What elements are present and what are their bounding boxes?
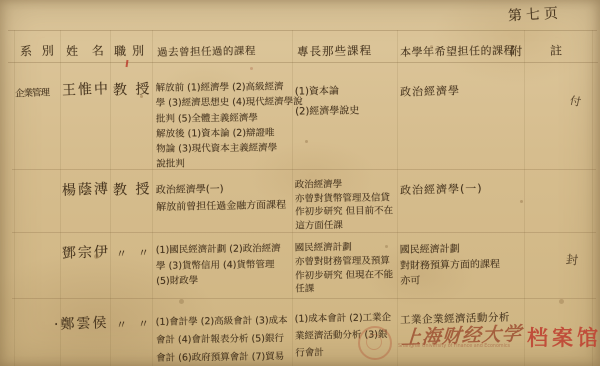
cell-note-mark: 封 (565, 250, 579, 268)
cell-note-mark: 付 (568, 92, 582, 110)
cell-past-courses: 解放前 (1)經濟學 (2)高級經濟 學 (3)經濟思想史 (4)現代經濟學說 … (156, 79, 304, 172)
cell-specialty-courses: 國民經濟計劃 亦曾對財務管理及預算 作初步研究 但現在不能 任課 (295, 240, 394, 297)
paper-stains (140, 95, 143, 98)
table-rule-v (110, 30, 111, 366)
archive-seal-inner-icon (366, 334, 382, 350)
column-header-dept: 系 別 (20, 42, 57, 60)
cell-past-courses: (1)國民經濟計劃 (2)政治經濟 學 (3)貨幣信用 (4)貨幣管理 (5)財… (156, 241, 282, 289)
table-rule-v (592, 30, 593, 366)
table-rule-v (60, 30, 61, 366)
watermark-university-name-en: Shanghai University of Finance and Econo… (398, 343, 510, 349)
column-header-past-courses: 過去曾担任過的課程 (157, 43, 256, 60)
cell-title: 〃 〃 (116, 316, 150, 332)
table-rule-v (14, 30, 15, 366)
red-check-mark (126, 60, 129, 67)
cell-specialty-courses: (1)資本論 (2)經濟學說史 (295, 81, 360, 122)
cell-hoped-courses: 國民經濟計劃 對財務預算方面的課程 亦可 (400, 241, 501, 289)
column-header-hoped-courses: 本學年希望担任的課程 (400, 42, 515, 60)
cell-hoped-courses: 政治經濟學(一) (400, 181, 483, 198)
cell-name: 王惟中 (62, 82, 110, 99)
table-rule-h (12, 169, 596, 170)
table-rule-v (397, 30, 398, 366)
cell-title: 教 授 (113, 82, 152, 98)
column-header-title: 職別 (114, 42, 150, 60)
column-header-specialty-courses: 專長那些課程 (297, 42, 372, 59)
cell-name: 鄧宗伊 (62, 245, 110, 262)
cell-past-courses: 政治經濟學(一) 解放前曾担任過金融方面課程 (156, 180, 287, 216)
cell-title: 〃 〃 (116, 245, 150, 261)
column-header-note: 附 註 (510, 41, 570, 59)
page-number: 第七页 (508, 7, 563, 25)
archive-seal-icon (358, 326, 392, 360)
cell-hoped-courses: 政治經濟學 (400, 83, 460, 100)
watermark-archive-label: 档案馆 (527, 322, 600, 352)
cell-name: ·鄭雲侯 (54, 316, 109, 333)
cell-title: 教 授 (113, 182, 152, 198)
cell-past-courses: (1)會計學 (2)高級會計 (3)成本 會計 (4)會計報表分析 (5)銀行 … (156, 312, 289, 366)
cell-dept: 企業管理 (15, 85, 50, 101)
table-rule-h (12, 298, 596, 299)
cell-specialty-courses: 政治經濟學 亦曾對貨幣管理及信貸 作初步研究 但目前不在 這方面任課 (295, 177, 394, 233)
table-rule-v (152, 30, 153, 366)
column-header-name: 姓 名 (66, 42, 109, 60)
table-rule-h (8, 62, 598, 63)
table-rule-v (524, 30, 525, 366)
table-rule-h (8, 30, 597, 31)
scanned-document-page: 第七页 系 別 姓 名 職別 過去曾担任過的課程 專長那些課程 本學年希望担任的… (0, 0, 600, 366)
cell-name: 楊蔭溥 (62, 182, 110, 199)
